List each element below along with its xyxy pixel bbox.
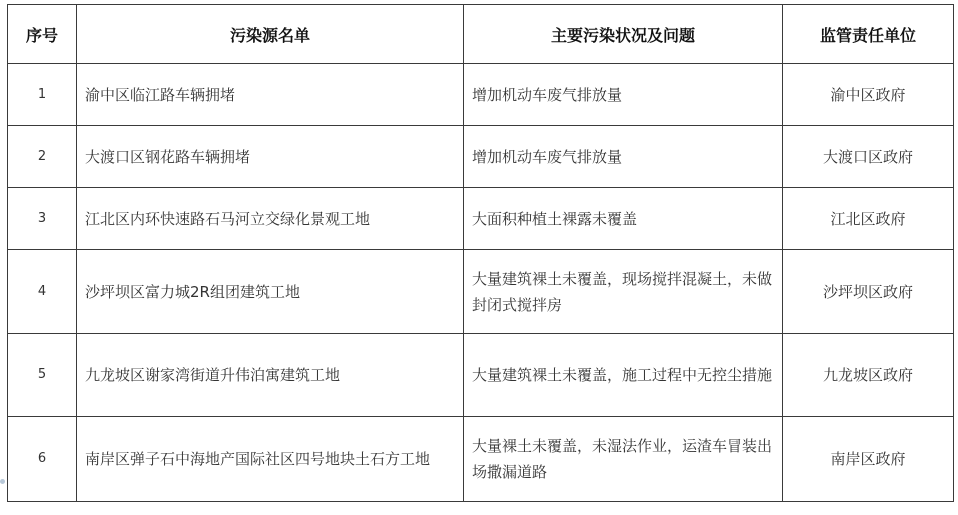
header-source-name: 污染源名单: [77, 5, 464, 64]
cell-main-issue: 增加机动车废气排放量: [464, 64, 783, 126]
pollution-source-table: 序号 污染源名单 主要污染状况及问题 监管责任单位 1 渝中区临江路车辆拥堵 增…: [7, 4, 954, 502]
table-row: 3 江北区内环快速路石马河立交绿化景观工地 大面积种植土裸露未覆盖 江北区政府: [8, 188, 954, 250]
cell-serial-no: 2: [8, 126, 77, 188]
cell-responsible-unit: 九龙坡区政府: [783, 334, 954, 417]
table-row: 1 渝中区临江路车辆拥堵 增加机动车废气排放量 渝中区政府: [8, 64, 954, 126]
cell-responsible-unit: 南岸区政府: [783, 417, 954, 502]
table-header-row: 序号 污染源名单 主要污染状况及问题 监管责任单位: [8, 5, 954, 64]
cell-source-name: 渝中区临江路车辆拥堵: [77, 64, 464, 126]
cell-source-name: 大渡口区钢花路车辆拥堵: [77, 126, 464, 188]
cell-main-issue: 大量裸土未覆盖，未湿法作业，运渣车冒装出场撒漏道路: [464, 417, 783, 502]
cell-responsible-unit: 渝中区政府: [783, 64, 954, 126]
cell-serial-no: 6: [8, 417, 77, 502]
cell-source-name: 沙坪坝区富力城2R组团建筑工地: [77, 250, 464, 334]
table-row: 5 九龙坡区谢家湾街道升伟泊寓建筑工地 大量建筑裸土未覆盖，施工过程中无控尘措施…: [8, 334, 954, 417]
side-marker-dot: [0, 479, 5, 484]
cell-serial-no: 3: [8, 188, 77, 250]
cell-main-issue: 大量建筑裸土未覆盖，现场搅拌混凝土，未做封闭式搅拌房: [464, 250, 783, 334]
cell-serial-no: 1: [8, 64, 77, 126]
table-row: 6 南岸区弹子石中海地产国际社区四号地块土石方工地 大量裸土未覆盖，未湿法作业，…: [8, 417, 954, 502]
header-responsible-unit: 监管责任单位: [783, 5, 954, 64]
cell-main-issue: 大面积种植土裸露未覆盖: [464, 188, 783, 250]
header-serial-no: 序号: [8, 5, 77, 64]
table-row: 4 沙坪坝区富力城2R组团建筑工地 大量建筑裸土未覆盖，现场搅拌混凝土，未做封闭…: [8, 250, 954, 334]
cell-source-name: 江北区内环快速路石马河立交绿化景观工地: [77, 188, 464, 250]
cell-source-name: 南岸区弹子石中海地产国际社区四号地块土石方工地: [77, 417, 464, 502]
cell-responsible-unit: 大渡口区政府: [783, 126, 954, 188]
cell-responsible-unit: 江北区政府: [783, 188, 954, 250]
cell-responsible-unit: 沙坪坝区政府: [783, 250, 954, 334]
cell-main-issue: 增加机动车废气排放量: [464, 126, 783, 188]
cell-source-name: 九龙坡区谢家湾街道升伟泊寓建筑工地: [77, 334, 464, 417]
cell-serial-no: 4: [8, 250, 77, 334]
cell-main-issue: 大量建筑裸土未覆盖，施工过程中无控尘措施: [464, 334, 783, 417]
header-main-issue: 主要污染状况及问题: [464, 5, 783, 64]
table-row: 2 大渡口区钢花路车辆拥堵 增加机动车废气排放量 大渡口区政府: [8, 126, 954, 188]
cell-serial-no: 5: [8, 334, 77, 417]
